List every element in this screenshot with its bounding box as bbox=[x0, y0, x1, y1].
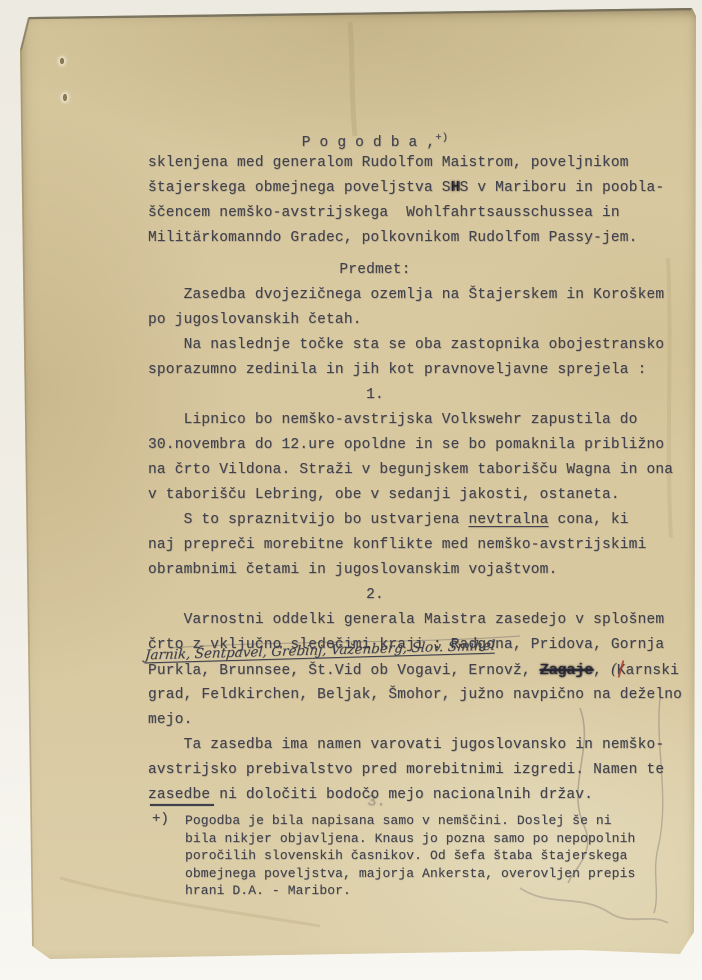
typed-text-line: Varnostni oddelki generala Maistra zased… bbox=[148, 608, 656, 633]
typed-segment: S v Mariboru in poobla- bbox=[460, 180, 665, 196]
footnote-line: poročilih slovenskih časnikov. Od šefa š… bbox=[185, 847, 660, 865]
typed-segment: 2. bbox=[366, 587, 384, 603]
typed-segment: S to spraznitvijo bo ustvarjena bbox=[148, 512, 468, 528]
typed-segment: na črto Vildona. Straži v begunjskem tab… bbox=[148, 462, 673, 478]
typed-segment: Ta zasedba ima namen varovati jugoslovan… bbox=[148, 737, 664, 753]
typed-segment: mejo. bbox=[148, 712, 193, 728]
typed-segment: avstrijsko prebivalstvo pred morebitnimi… bbox=[148, 762, 664, 778]
typed-text-line: 30.novembra do 12.ure opoldne in se bo p… bbox=[148, 433, 656, 458]
typed-segment: Varnostni oddelki generala Maistra zased… bbox=[148, 612, 664, 628]
typed-text-line: na črto Vildona. Straži v begunjskem tab… bbox=[148, 458, 656, 483]
typed-text-line: Lipnico bo nemško-avstrijska Volkswehr z… bbox=[148, 408, 656, 433]
scanned-document-page: { "colors":{ "paper":"#d8c8a0", "scan_ba… bbox=[0, 0, 702, 980]
footnote-line: obmejnega poveljstva, majorja Ankersta, … bbox=[185, 865, 660, 883]
footnote-text: Pogodba je bila napisana samo v nemščini… bbox=[185, 804, 660, 900]
typed-segment: Zasedba dvojezičnega ozemlja na Štajersk… bbox=[148, 287, 664, 303]
section-number: 2. bbox=[148, 583, 656, 608]
typed-segment: 30.novembra do 12.ure opoldne in se bo p… bbox=[148, 437, 664, 453]
typed-segment: sporazumno zedinila in jih kot pravnovel… bbox=[148, 362, 646, 378]
typed-segment-strike: Zagaje bbox=[540, 663, 593, 679]
typed-segment: P o g o d b a , bbox=[302, 135, 436, 151]
typed-segment: 1. bbox=[366, 387, 384, 403]
typed-text-line: mejo. bbox=[148, 708, 656, 733]
footnote-line: hrani D.A. - Maribor. bbox=[185, 882, 660, 900]
typed-text-line: obrambnimi četami in jugoslovanskim voja… bbox=[148, 558, 656, 583]
typed-segment-u: nevtralna bbox=[468, 512, 548, 528]
typed-text-line: Na naslednje točke sta se oba zastopnika… bbox=[148, 333, 656, 358]
typed-segment: , bbox=[593, 663, 611, 679]
typed-segment-sup: +) bbox=[435, 132, 448, 144]
document-title-line: P o g o d b a ,+) bbox=[148, 126, 656, 151]
section-heading: Predmet: bbox=[148, 258, 656, 283]
typed-text-line: Militärkomanndo Gradec, polkovnikom Rudo… bbox=[148, 226, 656, 251]
typed-text-line: v taborišču Lebring, obe v sedanji jakos… bbox=[148, 483, 656, 508]
footnote-line: Pogodba je bila napisana samo v nemščini… bbox=[185, 812, 660, 830]
typed-text-line: grad, Feldkirchen, Beljak, Šmohor, južno… bbox=[148, 683, 656, 708]
typed-segment: naj prepreči morebitne konflikte med nem… bbox=[148, 537, 646, 553]
typed-segment: cona, ki bbox=[549, 512, 629, 528]
footnote-marker: +) bbox=[152, 811, 169, 829]
typed-text-line: S to spraznitvijo bo ustvarjena nevtraln… bbox=[148, 508, 656, 533]
typed-segment: Militärkomanndo Gradec, polkovnikom Rudo… bbox=[148, 230, 638, 246]
typed-text-line: avstrijsko prebivalstvo pred morebitnimi… bbox=[148, 758, 656, 783]
typed-text-line: sporazumno zedinila in jih kot pravnovel… bbox=[148, 358, 656, 383]
typed-text-column: P o g o d b a ,+)sklenjena med generalom… bbox=[148, 126, 656, 808]
footnote-block: +) Pogodba je bila napisana samo v nemšč… bbox=[148, 804, 660, 900]
typed-segment: Na naslednje točke sta se oba zastopnika… bbox=[148, 337, 664, 353]
typed-text-line: sklenjena med generalom Rudolfom Maistro… bbox=[148, 151, 656, 176]
staple-hole bbox=[63, 94, 67, 101]
staple-hole bbox=[60, 58, 64, 64]
typed-segment: Lipnico bo nemško-avstrijska Volkswehr z… bbox=[148, 412, 638, 428]
typed-text-line: naj prepreči morebitne konflikte med nem… bbox=[148, 533, 656, 558]
typed-segment: obrambnimi četami in jugoslovanskim voja… bbox=[148, 562, 557, 578]
typed-segment: po jugoslovanskih četah. bbox=[148, 312, 362, 328]
typed-segment: Predmet: bbox=[339, 262, 410, 278]
document-paper-sheet: P o g o d b a ,+)sklenjena med generalom… bbox=[20, 8, 696, 964]
typed-text-line: Purkla, Brunnsee, Št.Vid ob Vogavi, Erno… bbox=[148, 658, 656, 683]
typed-segment: ščencem nemško-avstrijskega Wohlfahrtsau… bbox=[148, 205, 620, 221]
typed-segment-blot: H bbox=[451, 180, 460, 196]
typed-segment-redk: Karnski bbox=[617, 663, 679, 679]
typed-segment: v taborišču Lebring, obe v sedanji jakos… bbox=[148, 487, 620, 503]
typed-segment: sklenjena med generalom Rudolfom Maistro… bbox=[148, 155, 629, 171]
section-number: 1. bbox=[148, 383, 656, 408]
footnote-divider-rule bbox=[150, 804, 214, 806]
typed-text-line: Zasedba dvojezičnega ozemlja na Štajersk… bbox=[148, 283, 656, 308]
typed-segment-hand-inline: ( bbox=[611, 662, 617, 678]
typed-segment: Purkla, Brunnsee, Št.Vid ob Vogavi, Erno… bbox=[148, 663, 540, 679]
typed-text-line: ščencem nemško-avstrijskega Wohlfahrtsau… bbox=[148, 201, 656, 226]
typed-segment: grad, Feldkirchen, Beljak, Šmohor, južno… bbox=[148, 687, 682, 703]
typed-text-line: po jugoslovanskih četah. bbox=[148, 308, 656, 333]
typed-segment: štajerskega obmejnega poveljstva S bbox=[148, 180, 451, 196]
footnote-line: bila nikjer objavljena. Knaus jo pozna s… bbox=[185, 830, 660, 848]
typed-text-line: Ta zasedba ima namen varovati jugoslovan… bbox=[148, 733, 656, 758]
typed-text-line: štajerskega obmejnega poveljstva SHS v M… bbox=[148, 176, 656, 201]
